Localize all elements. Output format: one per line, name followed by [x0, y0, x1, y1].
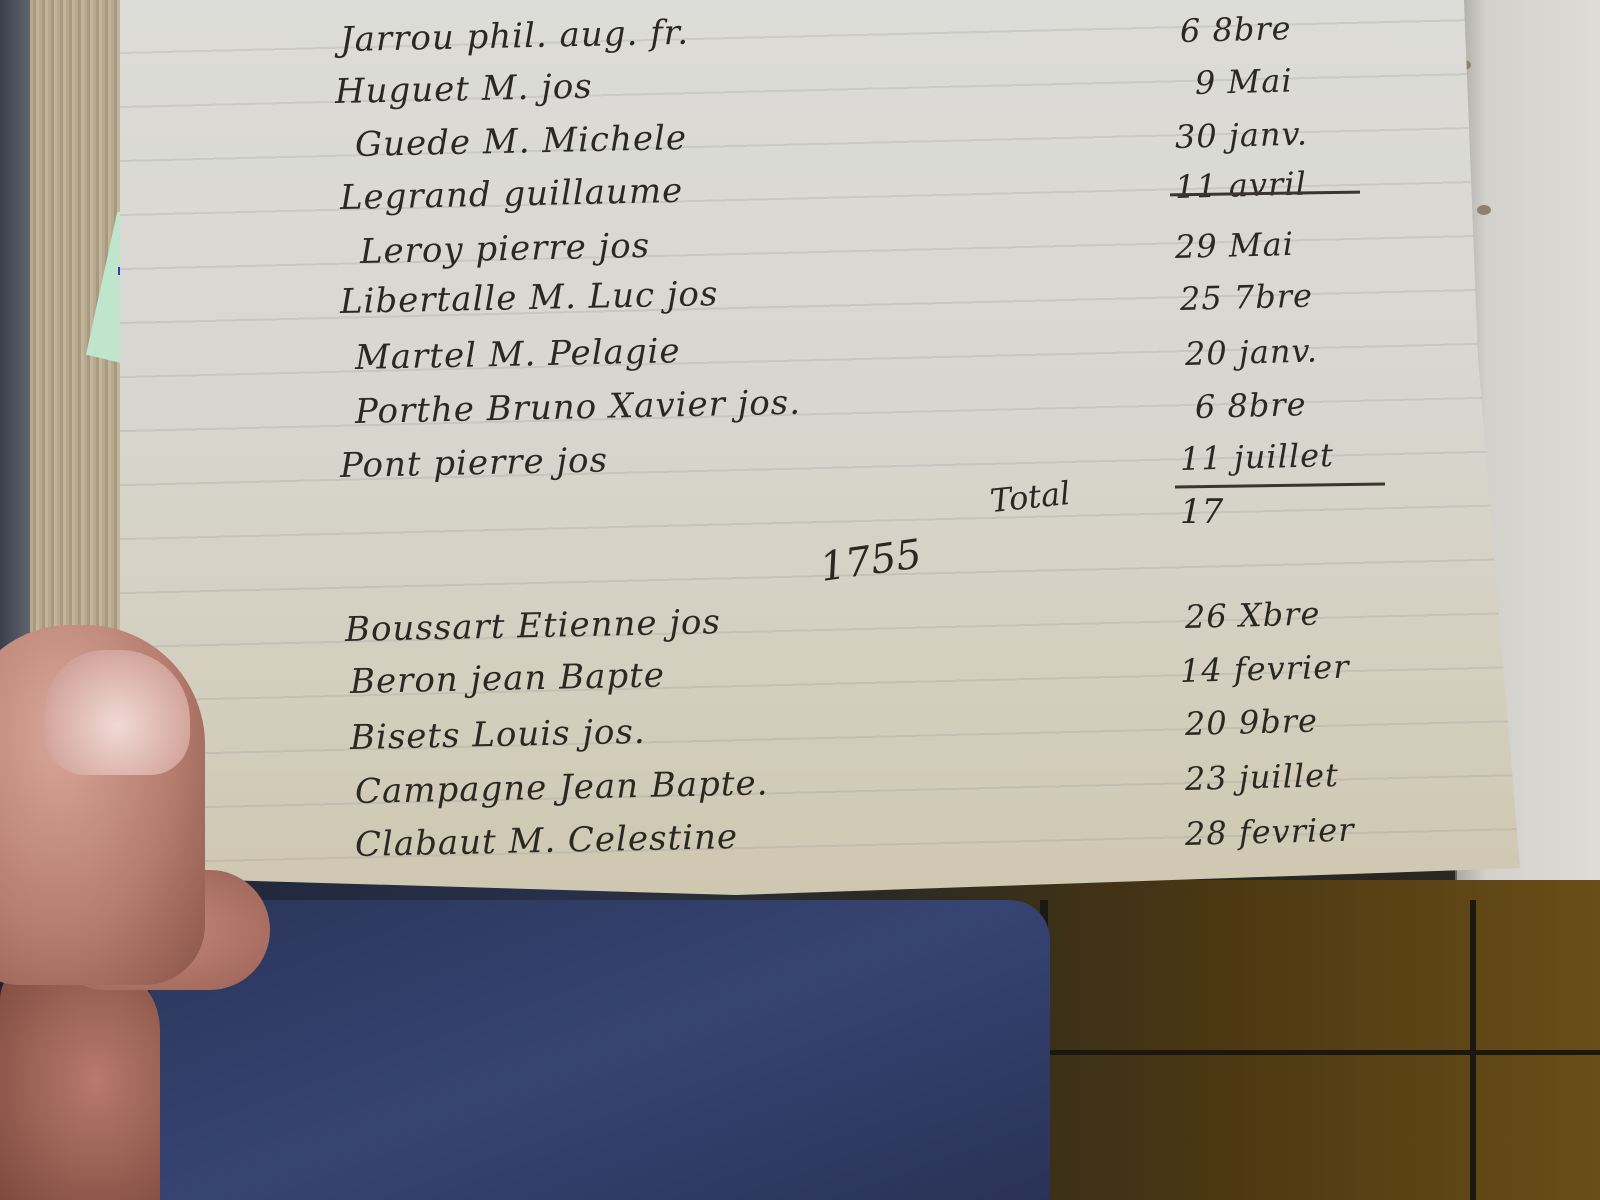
entry-name: Jarrou phil. aug. fr.	[340, 13, 690, 60]
total-value: 17	[1180, 492, 1223, 532]
binding-hole	[1477, 205, 1491, 215]
entry-date: 6 8bre	[1180, 9, 1293, 50]
entry-date: 23 juillet	[1185, 756, 1340, 798]
entry-name: Guede M. Michele	[355, 118, 688, 165]
floor-tile-grout	[1040, 1050, 1600, 1055]
hand-finger	[0, 960, 160, 1200]
entry-name: Bisets Louis jos.	[350, 712, 646, 758]
entry-name: Beron jean Bapte	[350, 655, 666, 702]
entry-name: Huguet M. jos	[335, 67, 593, 112]
entry-date: 11 avril	[1175, 165, 1308, 206]
entry-date: 20 janv.	[1185, 332, 1319, 373]
entry-date: 28 fevrier	[1185, 811, 1355, 853]
entry-name: Clabaut M. Celestine	[355, 817, 739, 865]
entry-date: 14 fevrier	[1180, 648, 1350, 690]
entry-name: Pont pierre jos	[340, 440, 609, 486]
entry-date: 29 Mai	[1175, 225, 1295, 266]
entry-date: 11 juillet	[1180, 436, 1335, 478]
entry-date: 9 Mai	[1195, 61, 1294, 102]
entry-date: 26 Xbre	[1185, 594, 1321, 636]
entry-date: 30 janv.	[1175, 115, 1309, 156]
entry-date: 6 8bre	[1195, 385, 1308, 426]
entry-name: Boussart Etienne jos	[345, 602, 722, 650]
entry-name: Martel M. Pelagie	[355, 331, 681, 378]
entry-date: 25 7bre	[1180, 277, 1314, 318]
thumbnail	[45, 650, 190, 775]
entry-name: Legrand guillaume	[340, 171, 684, 218]
entry-name: Libertalle M. Luc jos	[340, 274, 719, 322]
jeans-background	[150, 900, 1050, 1200]
entry-date: 20 9bre	[1185, 702, 1319, 743]
entry-name: Leroy pierre jos	[360, 226, 651, 272]
photo-scene: Jarrou phil. aug. fr. 6 8bre Huguet M. j…	[0, 0, 1600, 1200]
